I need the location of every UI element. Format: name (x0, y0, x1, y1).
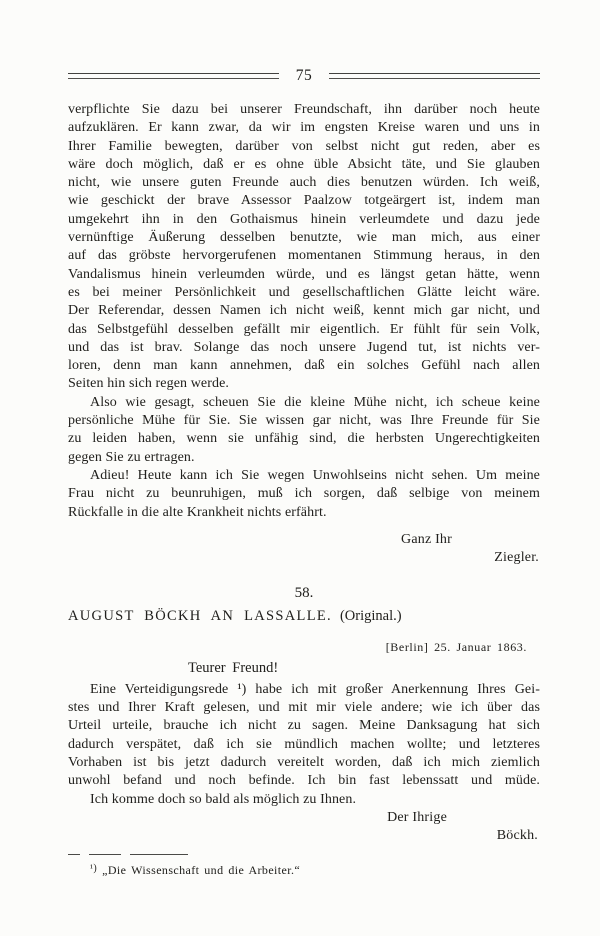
letter-boeckh: 58. AUGUST BÖCKH AN LASSALLE.(Original.)… (68, 584, 540, 878)
running-head: 75 (68, 68, 540, 84)
letter-heading-note: (Original.) (340, 608, 402, 624)
head-rule-right (329, 73, 540, 79)
text-line: stes und Ihrer Kraft gelesen, und mit mi… (68, 699, 540, 717)
text-line: aufzuklären. Er kann zwar, da wir im eng… (68, 119, 540, 137)
footnote-rule-segment (68, 854, 80, 855)
text-line: es bei meiner Persönlichkeit und gesells… (68, 284, 540, 302)
footnote-rule-segment (89, 854, 121, 855)
footnote-rule-segment (130, 854, 188, 855)
signature: Ziegler. (68, 549, 540, 568)
text-line: vernünftige Äußerung desselben benutzte,… (68, 229, 540, 247)
text-line: Vorhaben ist bis jetzt dadurch vereitelt… (68, 754, 540, 772)
text-line: verpflichte Sie dazu bei unserer Freunds… (68, 101, 540, 119)
text-line: wie geschickt der brave Assessor Paalzow… (68, 192, 540, 210)
text-line: loren, denn man kann annehmen, daß ein s… (68, 357, 540, 375)
text-line: Ich komme doch so bald als möglich zu Ih… (68, 791, 540, 809)
text-line: umgekehrt ihn in den Gothaismus hinein v… (68, 211, 540, 229)
text-line: und das ist brav. Solange das noch unser… (68, 339, 540, 357)
letter-heading: AUGUST BÖCKH AN LASSALLE.(Original.) (68, 605, 540, 627)
text-line: Rückfalle in die alte Krankheit nichts e… (68, 504, 540, 522)
text-line: das Selbstgefühl desselben gefällt mir e… (68, 321, 540, 339)
text-line: Urteil urteile, brauche ich nicht zu sag… (68, 717, 540, 735)
paragraph: Also wie gesagt, scheuen Sie die kleine … (68, 394, 540, 467)
dateline: [Berlin] 25. Januar 1863. (68, 640, 540, 655)
text-line: auf das gröbste hervorgerufenen momentan… (68, 247, 540, 265)
head-rule-left (68, 73, 279, 79)
text-line: dadurch verspätet, daß ich sie mündlich … (68, 736, 540, 754)
text-line: gegen Sie zu ertragen. (68, 449, 540, 467)
section-number: 58. (68, 584, 540, 602)
text-line: Eine Verteidigungsrede ¹) habe ich mit g… (68, 681, 540, 699)
valediction: Ganz Ihr (68, 531, 540, 550)
paragraph: Eine Verteidigungsrede ¹) habe ich mit g… (68, 681, 540, 791)
text-line: Adieu! Heute kann ich Sie wegen Unwohlse… (68, 467, 540, 485)
text-line: Vandalismus hinein verleumden würde, und… (68, 266, 540, 284)
footnote: ¹)„Die Wissenschaft und die Arbeiter.“ (68, 861, 540, 878)
letter-boeckh-body: Eine Verteidigungsrede ¹) habe ich mit g… (68, 681, 540, 846)
text-line: nicht, wie unsere guten Freunde auch die… (68, 174, 540, 192)
text-line: zu leiden haben, wenn sie unfähig sind, … (68, 430, 540, 448)
paragraph: Adieu! Heute kann ich Sie wegen Unwohlse… (68, 467, 540, 522)
footnote-marker: ¹) (90, 863, 97, 874)
signature: Böckh. (68, 827, 540, 846)
footnote-separator (68, 853, 540, 856)
text-line: Seiten hin sich regen werde. (68, 375, 540, 393)
text-line: persönliche Mühe für Sie. Sie wissen gar… (68, 412, 540, 430)
valediction: Der Ihrige (68, 809, 540, 828)
text-line: unwohl befand und noch befinde. Ich bin … (68, 772, 540, 790)
letter-ziegler-body: verpflichte Sie dazu bei unserer Freunds… (68, 101, 540, 568)
text-line: Ihrer Familie bewegten, darüber von selb… (68, 138, 540, 156)
salutation: Teurer Freund! (188, 659, 540, 677)
letter-heading-caps: AUGUST BÖCKH AN LASSALLE. (68, 608, 332, 624)
text-line: Also wie gesagt, scheuen Sie die kleine … (68, 394, 540, 412)
paragraph: Ich komme doch so bald als möglich zu Ih… (68, 791, 540, 809)
text-line: Frau nicht zu beunruhigen, muß ich sorge… (68, 485, 540, 503)
text-line: wäre doch möglich, daß er es ohne üble A… (68, 156, 540, 174)
footnote-text: „Die Wissenschaft und die Arbeiter.“ (102, 863, 300, 877)
book-page: 75 verpflichte Sie dazu bei unserer Freu… (0, 0, 600, 936)
page-number: 75 (279, 68, 329, 84)
paragraph: verpflichte Sie dazu bei unserer Freunds… (68, 101, 540, 394)
text-line: Der Referendar, dessen Namen ich nicht w… (68, 302, 540, 320)
